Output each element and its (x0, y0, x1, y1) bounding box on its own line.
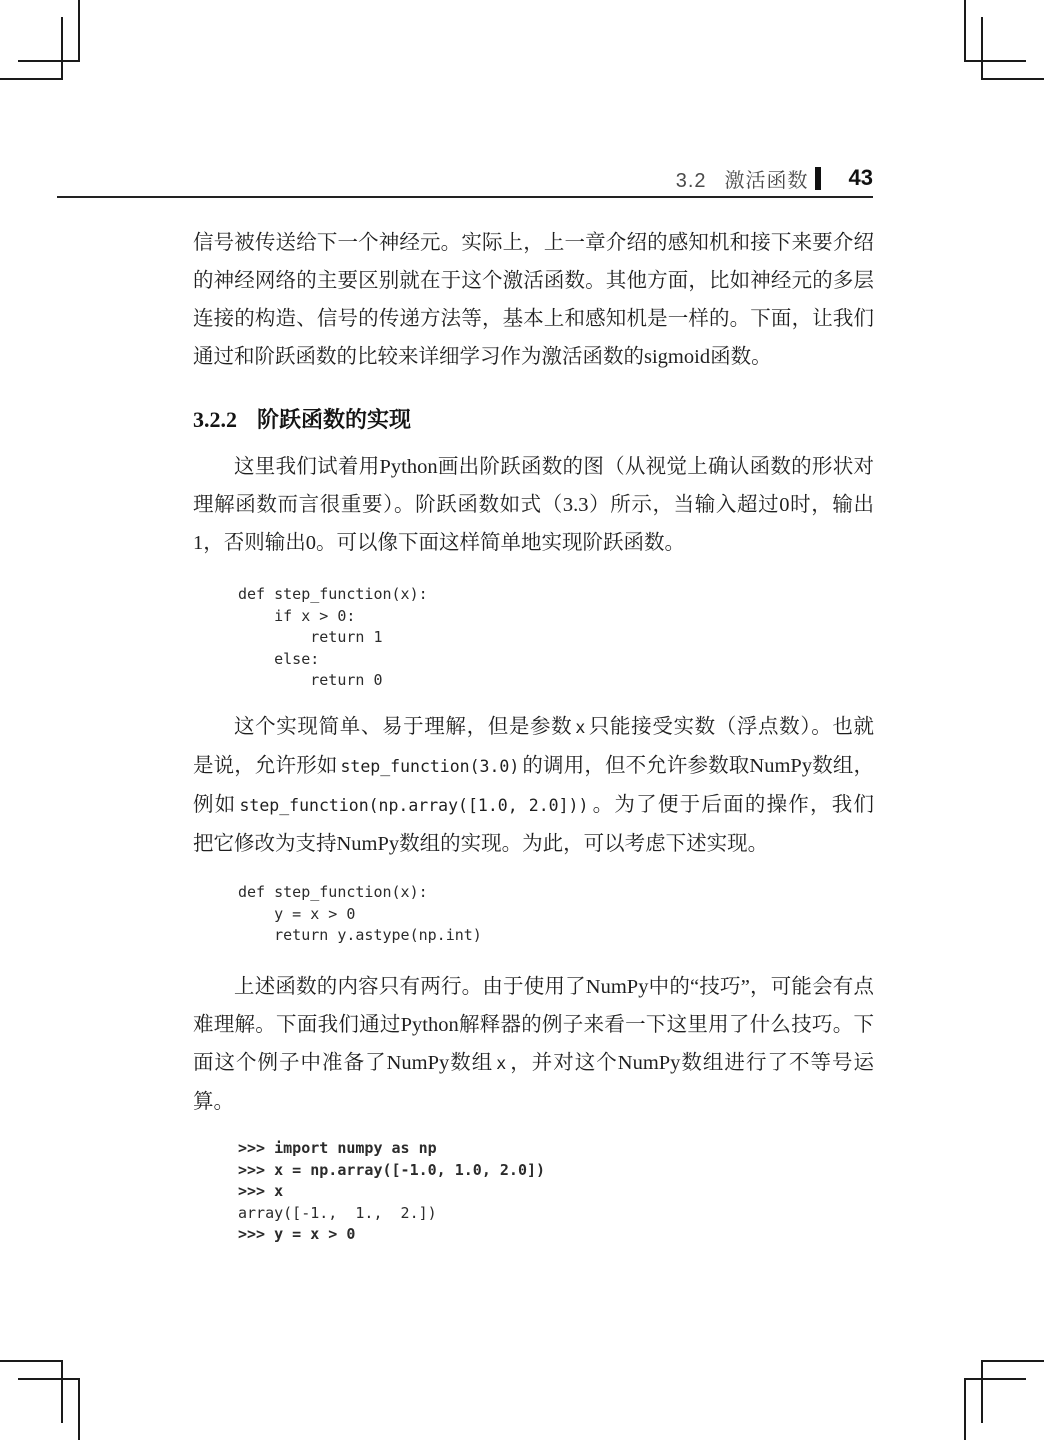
crop-line (964, 0, 966, 62)
code-block-step-function-simple: def step_function(x): if x > 0: return 1… (238, 584, 428, 692)
header-rule (57, 196, 873, 198)
section-heading-title: 阶跃函数的实现 (257, 407, 411, 432)
text-run: 这里我们试着用Python画出阶跃函数的图（从视觉上确认函数的形状对理解函数而言… (193, 456, 874, 554)
crop-line (0, 1360, 63, 1362)
crop-line (18, 1378, 80, 1380)
running-head: 3.2激活函数 (676, 164, 809, 193)
crop-line (964, 60, 1026, 62)
crop-line (18, 60, 80, 62)
code-line: def step_function(x): (238, 882, 482, 904)
paragraph: 上述函数的内容只有两行。由于使用了NumPy中的“技巧”，可能会有点难理解。下面… (193, 968, 874, 1121)
section-title: 激活函数 (725, 170, 809, 192)
inline-code: x (572, 718, 588, 737)
code-line: array([-1., 1., 2.]) (238, 1203, 545, 1225)
crop-line (61, 1360, 63, 1423)
crop-line (78, 1378, 80, 1440)
inline-code: step_function(np.array([1.0, 2.0])) (236, 796, 591, 815)
code-line: y = x > 0 (238, 904, 482, 926)
page-header: 3.2激活函数 43 (0, 164, 873, 192)
crop-line (981, 1360, 983, 1423)
code-line: return y.astype(np.int) (238, 925, 482, 947)
code-line: >>> y = x > 0 (238, 1224, 545, 1246)
code-line: >>> x = np.array([-1.0, 1.0, 2.0]) (238, 1160, 545, 1182)
code-line: return 0 (238, 670, 428, 692)
header-divider-bar (815, 167, 821, 190)
paragraph: 这里我们试着用Python画出阶跃函数的图（从视觉上确认函数的形状对理解函数而言… (193, 448, 874, 562)
crop-line (964, 1378, 966, 1440)
crop-line (981, 78, 1044, 80)
code-line: return 1 (238, 627, 428, 649)
code-line: >>> import numpy as np (238, 1138, 545, 1160)
code-block-step-function-numpy: def step_function(x): y = x > 0 return y… (238, 882, 482, 947)
crop-line (78, 0, 80, 62)
text-run: 这个实现简单、易于理解，但是参数 (234, 716, 572, 738)
crop-line (981, 1360, 1044, 1362)
text-run: 信号被传送给下一个神经元。实际上，上一章介绍的感知机和接下来要介绍的神经网络的主… (193, 232, 874, 368)
page-number: 43 (849, 165, 873, 191)
section-heading: 3.2.2阶跃函数的实现 (193, 403, 411, 434)
inline-code: x (493, 1054, 509, 1073)
crop-line (0, 78, 63, 80)
code-line: def step_function(x): (238, 584, 428, 606)
crop-line (964, 1378, 1026, 1380)
crop-line (61, 17, 63, 80)
section-heading-number: 3.2.2 (193, 407, 237, 432)
inline-code: step_function(3.0) (337, 757, 522, 776)
code-line: if x > 0: (238, 606, 428, 628)
section-number: 3.2 (676, 170, 707, 192)
paragraph: 信号被传送给下一个神经元。实际上，上一章介绍的感知机和接下来要介绍的神经网络的主… (193, 224, 874, 376)
code-line: else: (238, 649, 428, 671)
crop-line (981, 17, 983, 80)
code-block-python-repl: >>> import numpy as np>>> x = np.array([… (238, 1138, 545, 1246)
code-line: >>> x (238, 1181, 545, 1203)
book-page: 3.2激活函数 43 信号被传送给下一个神经元。实际上，上一章介绍的感知机和接下… (0, 0, 1044, 1440)
paragraph: 这个实现简单、易于理解，但是参数x只能接受实数（浮点数）。也就是说，允许形如st… (193, 708, 874, 863)
